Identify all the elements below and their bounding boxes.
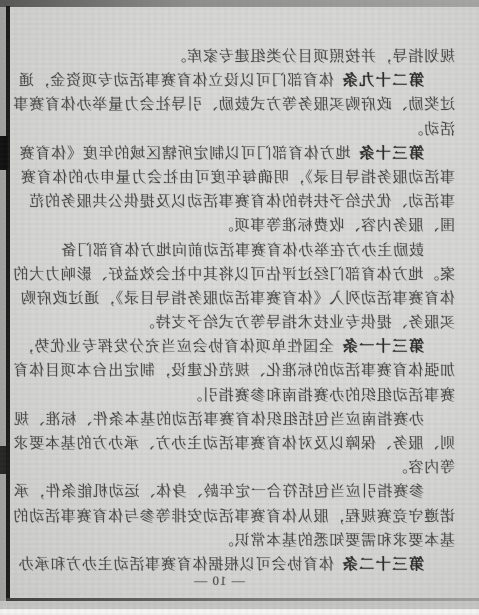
text-line: 鼓励主办方在举办体育赛事活动前向地方体育部门备 [41,239,455,263]
text-line: 事活动、优先给予扶持的体育赛事活动以及提供公共服务的范 [41,190,455,214]
text-line: 加强体育赛事活动的标准化、规范化建设，制定出台本项目体育 [41,359,455,383]
text-line: 等内容。 [41,456,455,480]
scan-bottom-white-band [0,609,479,615]
text-line: 案。地方体育部门经过评估可以将其中社会效益好、影响力大的 [41,263,455,287]
scanned-page: 规划指导，并按照项目分类组建专家库。第二十九条体育部门可以设立体育赛事活动专项资… [0,0,479,615]
text-line: 办赛指南应当包括组织体育赛事活动的基本条件、标准、规 [41,408,455,432]
text-line: 围、服务内容、收费标准等事项。 [41,214,455,238]
article-number: 第二十九条 [341,73,424,89]
mirrored-text-layer: 规划指导，并按照项目分类组建专家库。第二十九条体育部门可以设立体育赛事活动专项资… [0,0,479,615]
binding-line [6,6,10,601]
text-line: 买服务、提供专业技术指导等方式给予支持。 [41,311,455,335]
text-line: 活动。 [41,118,455,142]
article-number: 第三十一条 [341,339,424,355]
text-line: 赛事活动组织的办赛指南和参赛指引。 [41,384,455,408]
text-line: 第二十九条体育部门可以设立体育赛事活动专项资金，通 [41,69,455,93]
scan-top-edge [0,0,479,7]
text-line: 第三十条地方体育部门可以制定所辖区域的年度《体育赛 [41,142,455,166]
scan-bottom-strip [0,601,479,609]
text-line: 诺遵守竞赛规程，服从体育赛事活动安排等参与体育赛事活动的 [41,505,455,529]
binding-mark-lower [0,446,6,474]
text-line: 参赛指引应当包括符合一定年龄、身体、运动机能条件，承 [41,480,455,504]
document-lines: 规划指导，并按照项目分类组建专家库。第二十九条体育部门可以设立体育赛事活动专项资… [41,45,455,577]
page-number: — 10 — [183,573,255,589]
text-line: 基本要求和需要知悉的基本常识。 [41,529,455,553]
text-line: 规划指导，并按照项目分类组建专家库。 [41,45,455,69]
text-line: 体育赛事活动列入《体育赛事活动服务指导目录》，通过政府购 [41,287,455,311]
article-number: 第三十条 [358,146,424,162]
text-line: 则、服务、保障以及对体育赛事活动主办方、承办方的基本要求 [41,432,455,456]
binding-mark-upper [0,136,8,170]
text-line: 事活动服务指导目录》，明确每年度可由社会力量申办的体育赛 [41,166,455,190]
text-line: 过奖励、政府购买服务等方式鼓励、引导社会力量举办体育赛事 [41,93,455,117]
article-number: 第三十二条 [341,557,424,573]
text-line: 第三十一条全国性单项体育协会应当充分发挥专业优势， [41,335,455,359]
